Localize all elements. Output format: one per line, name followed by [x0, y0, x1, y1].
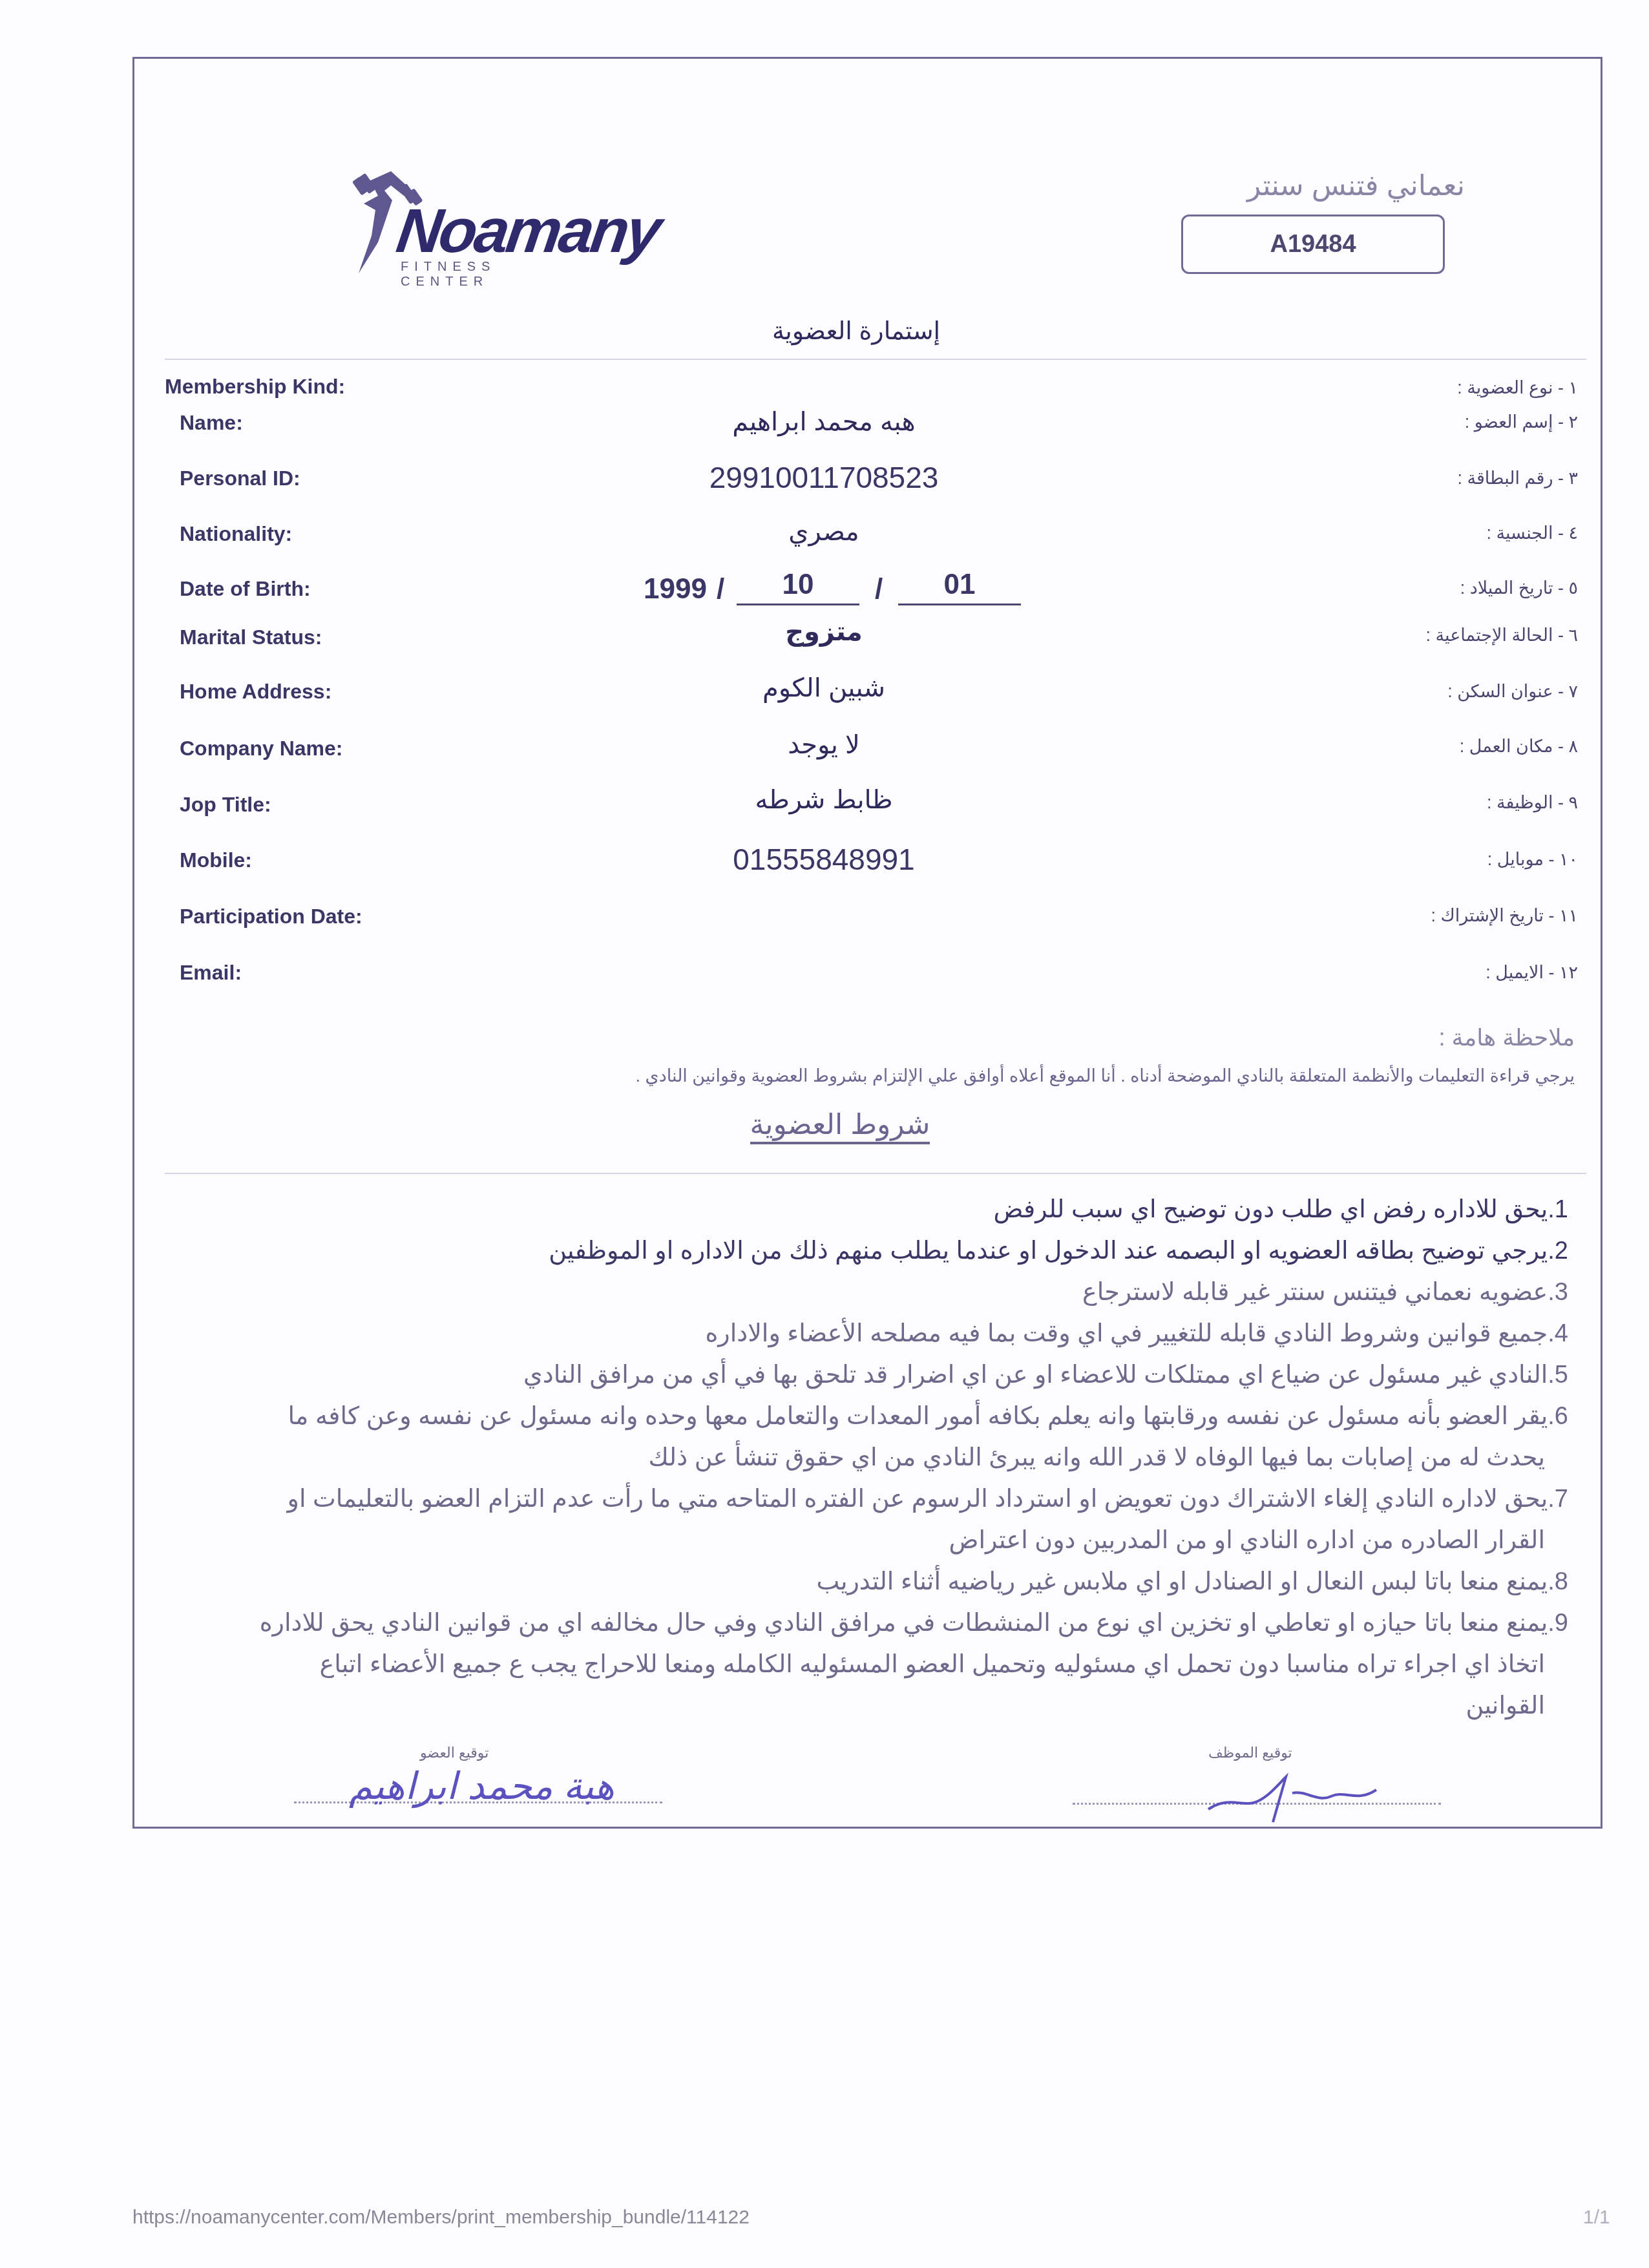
label-ar-company-name: ٨ - مكان العمل : [1460, 737, 1578, 757]
term-item: 3.عضويه نعماني فيتنس سنتر غير قابله لاست… [160, 1272, 1568, 1313]
label-ar-nationality: ٤ - الجنسية : [1486, 523, 1578, 543]
label-ar-marital-status: ٦ - الحالة الإجتماعية : [1426, 625, 1578, 646]
label-company-name: Company Name: [180, 737, 343, 761]
label-membership-kind: Membership Kind: [165, 375, 345, 399]
term-item: 2.يرجي توضيح بطاقه العضويه او البصمه عند… [160, 1230, 1568, 1272]
club-name-arabic: نعماني فتنس سنتر [1247, 169, 1465, 202]
term-item: 6.يقر العضو بأنه مسئول عن نفسه ورقابتها … [160, 1396, 1568, 1478]
label-ar-membership-kind: ١ - نوع العضوية : [1457, 378, 1578, 398]
value-mobile: 01555848991 [582, 842, 1066, 877]
term-item: 9.يمنع منعا باتا حيازه او تعاطي او تخزين… [160, 1602, 1568, 1727]
label-ar-home-address: ٧ - عنوان السكن : [1447, 682, 1578, 702]
value-name: هبه محمد ابراهيم [582, 407, 1066, 437]
logo-wordmark: Noamany [393, 200, 663, 262]
membership-code: A19484 [1270, 231, 1356, 258]
page-number: 1/1 [1583, 2207, 1610, 2229]
terms-list: 1.يحق للاداره رفض اي طلب دون توضيح اي سب… [160, 1189, 1568, 1727]
label-ar-mobile: ١٠ - موبايل : [1487, 850, 1578, 870]
label-ar-date-of-birth: ٥ - تاريخ الميلاد : [1460, 578, 1578, 598]
value-nationality: مصري [582, 517, 1066, 547]
value-marital-status: متزوج [582, 617, 1066, 647]
label-date-of-birth: Date of Birth: [180, 577, 311, 601]
term-item: 5.النادي غير مسئول عن ضياع اي ممتلكات لل… [160, 1354, 1568, 1396]
label-participation-date: Participation Date: [180, 905, 362, 929]
membership-code-box: A19484 [1181, 215, 1445, 274]
term-item: 8.يمنع منعا باتا لبس النعال او الصنادل ا… [160, 1561, 1568, 1602]
logo-subtitle: FITNESS CENTER [401, 260, 572, 289]
dob-day: 01 [898, 569, 1021, 605]
member-signature-label: توقيع العضو [420, 1745, 488, 1761]
member-signature: هبة محمد ابراهيم [349, 1764, 614, 1808]
value-personal-id: 29910011708523 [582, 460, 1066, 495]
label-mobile: Mobile: [180, 848, 252, 872]
dob-separator-2: / [859, 573, 898, 605]
dob-year: 1999 [640, 573, 711, 605]
employee-signature [1202, 1758, 1383, 1829]
terms-divider [165, 1173, 1586, 1174]
dob-month: 10 [737, 569, 859, 605]
term-item: 1.يحق للاداره رفض اي طلب دون توضيح اي سب… [160, 1189, 1568, 1230]
label-job-title: Jop Title: [180, 793, 271, 817]
noamany-logo: Noamany FITNESS CENTER [352, 165, 572, 275]
value-home-address: شبين الكوم [582, 673, 1066, 703]
important-note-title: ملاحظة هامة : [1439, 1024, 1575, 1051]
label-ar-email: ١٢ - الايميل : [1486, 963, 1578, 983]
label-home-address: Home Address: [180, 680, 331, 704]
label-email: Email: [180, 961, 242, 985]
value-job-title: ظابط شرطه [582, 785, 1066, 815]
dob-separator: / [711, 573, 730, 605]
label-ar-personal-id: ٣ - رقم البطاقة : [1457, 468, 1578, 488]
value-company-name: لا يوجد [582, 730, 1066, 760]
label-personal-id: Personal ID: [180, 467, 300, 490]
label-marital-status: Marital Status: [180, 625, 322, 649]
label-name: Name: [180, 411, 243, 435]
term-item: 4.جميع قوانين وشروط النادي قابله للتغيير… [160, 1313, 1568, 1354]
terms-title: شروط العضوية [711, 1108, 969, 1141]
label-ar-participation-date: ١١ - تاريخ الإشتراك : [1431, 906, 1578, 926]
title-divider [165, 359, 1586, 360]
terms-title-text: شروط العضوية [750, 1109, 930, 1144]
label-nationality: Nationality: [180, 522, 292, 546]
label-ar-job-title: ٩ - الوظيفة : [1487, 793, 1578, 813]
value-date-of-birth: 1999 / 10 / 01 [640, 569, 1021, 605]
term-item: 7.يحق لاداره النادي إلغاء الاشتراك دون ت… [160, 1478, 1568, 1561]
label-ar-name: ٢ - إسم العضو : [1465, 412, 1578, 432]
important-note-text: يرجي قراءة التعليمات والأنظمة المتعلقة ب… [636, 1066, 1575, 1086]
form-title: إستمارة العضوية [646, 317, 1066, 346]
print-url: https://noamanycenter.com/Members/print_… [132, 2207, 750, 2229]
